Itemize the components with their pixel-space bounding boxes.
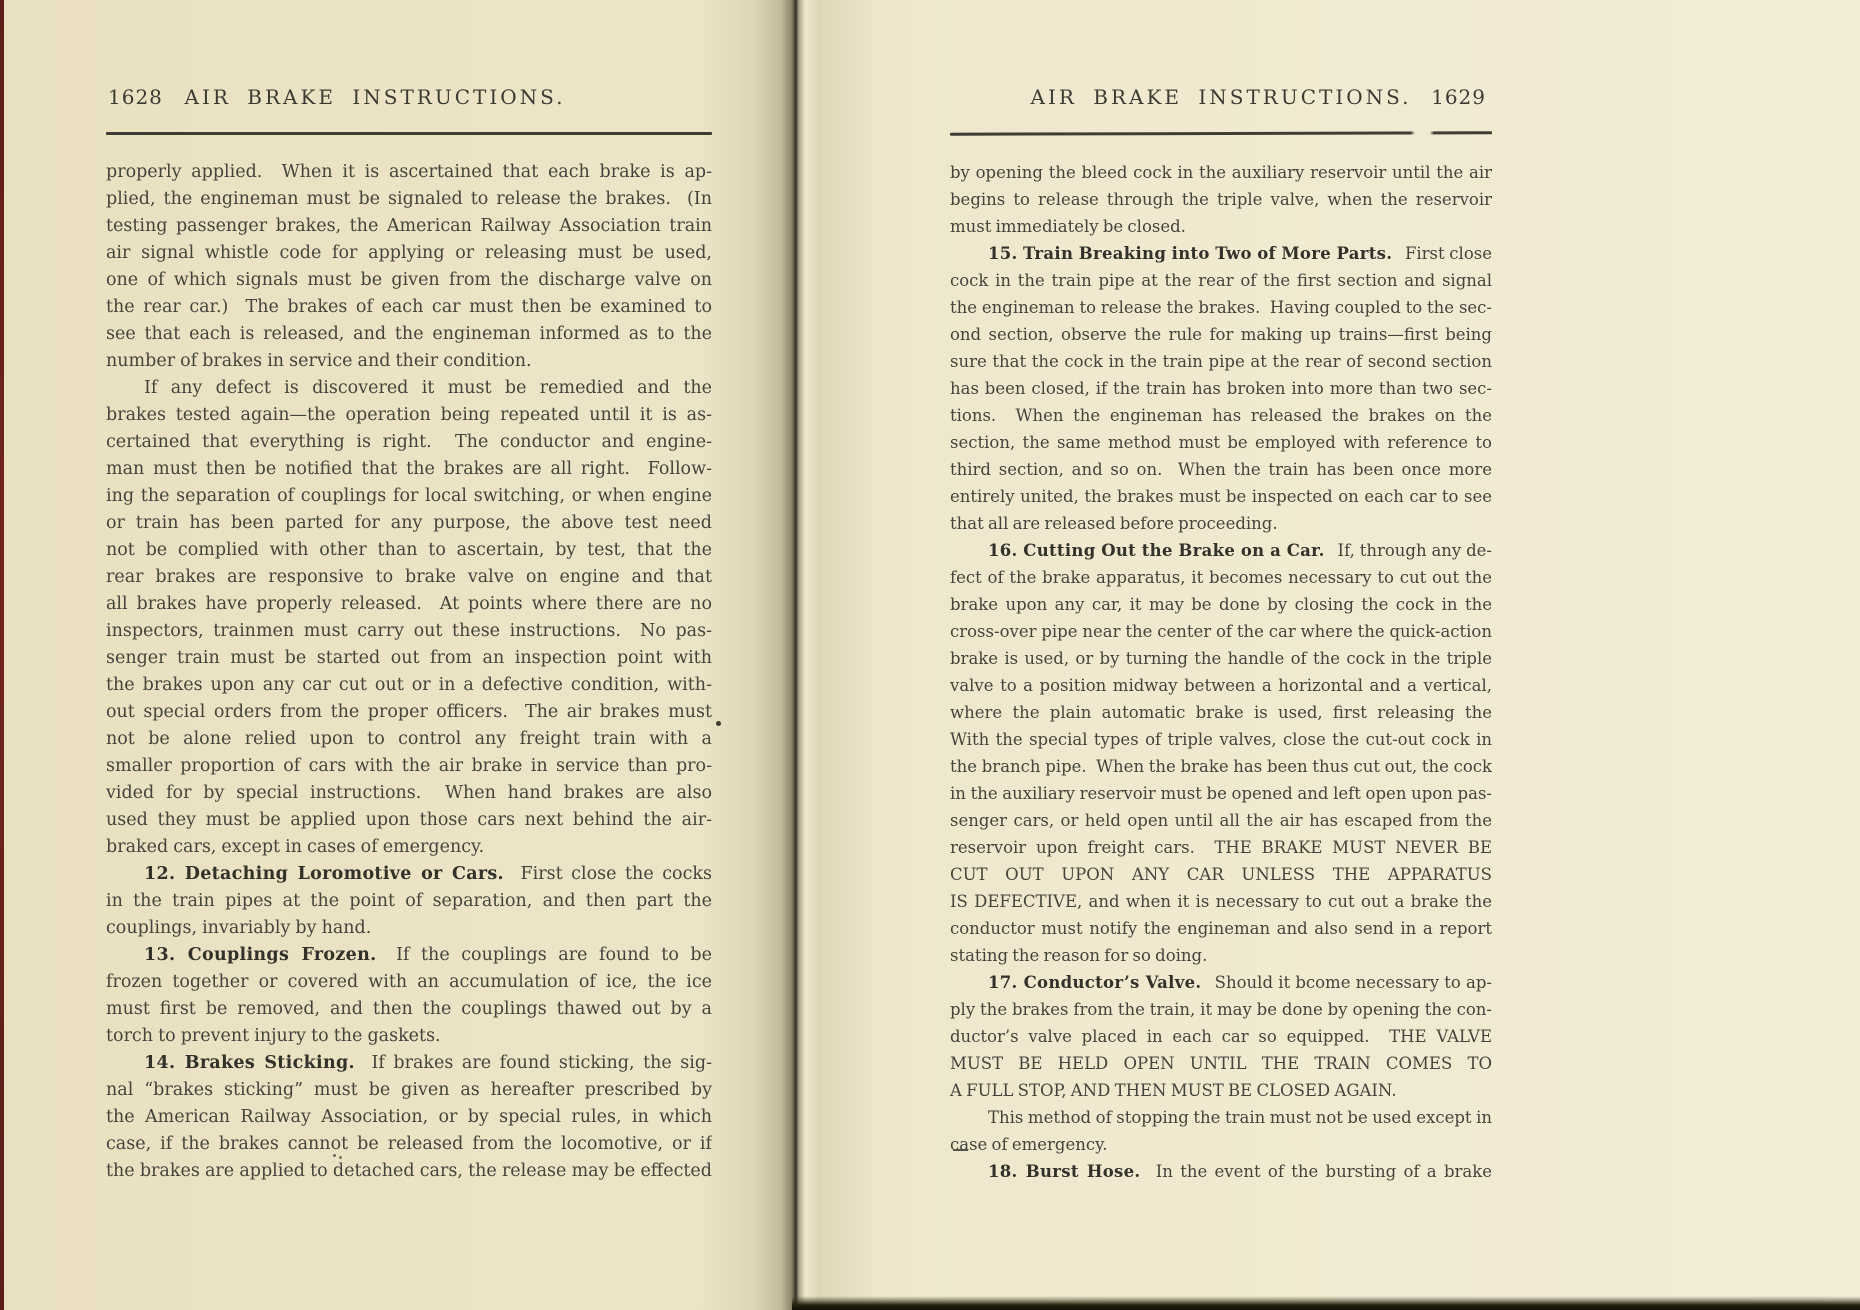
text-line: plied, the engineman must be signaled to…	[106, 186, 712, 213]
book-spread: 1628 AIR BRAKE INSTRUCTIONS. properly ap…	[0, 0, 1860, 1310]
text-line: testing passenger brakes, the American R…	[106, 213, 712, 240]
text-line: senger train must be started out from an…	[106, 645, 712, 672]
text-line: A FULL STOP, AND THEN MUST BE CLOSED AGA…	[950, 1077, 1492, 1104]
text-line: 17. Conductor’s Valve. Should it bcome n…	[950, 969, 1492, 996]
text-line: in the auxiliary reservoir must be opene…	[950, 780, 1492, 807]
text-line: ductor’s valve placed in each car so equ…	[950, 1023, 1492, 1050]
text-line: the rear car.) The brakes of each car mu…	[106, 294, 712, 321]
text-line: man must then be notified that the brake…	[106, 456, 712, 483]
running-head-left: AIR BRAKE INSTRUCTIONS.	[72, 84, 678, 110]
page-left: 1628 AIR BRAKE INSTRUCTIONS. properly ap…	[106, 84, 712, 1185]
rule-heading: 12. Detaching Loromotive or Cars.	[144, 864, 504, 884]
text-line: where the plain automatic brake is used,…	[950, 699, 1492, 726]
text-line: properly applied. When it is ascertained…	[106, 159, 712, 186]
text-line: IS DEFECTIVE, and when it is necessary t…	[950, 888, 1492, 915]
text-line: sure that the cock in the train pipe at …	[950, 348, 1492, 375]
text-line: 18. Burst Hose. In the event of the burs…	[950, 1158, 1492, 1185]
header-rule-left	[106, 132, 712, 135]
text-line: 15. Train Breaking into Two of More Part…	[950, 240, 1492, 267]
rule-heading: 13. Couplings Frozen.	[144, 945, 377, 965]
text-line: 12. Detaching Loromotive or Cars. First …	[106, 861, 712, 888]
text-line: number of brakes in service and their co…	[106, 348, 712, 375]
text-line: not be complied with other than to ascer…	[106, 537, 712, 564]
text-line: 16. Cutting Out the Brake on a Car. If, …	[950, 537, 1492, 564]
text-line: that all are released before proceeding.	[950, 510, 1492, 537]
scan-ink-spot	[716, 721, 721, 726]
text-line: the brakes upon any car cut out or in a …	[106, 672, 712, 699]
page-body-left: properly applied. When it is ascertained…	[106, 159, 712, 1185]
text-line: senger cars, or held open until all the …	[950, 807, 1492, 834]
text-line: nal “brakes sticking” must be given as h…	[106, 1077, 712, 1104]
text-line: brakes tested again—the operation being …	[106, 402, 712, 429]
text-line: braked cars, except in cases of emergenc…	[106, 834, 712, 861]
rule-heading: 16. Cutting Out the Brake on a Car.	[988, 541, 1325, 560]
text-line: by opening the bleed cock in the auxilia…	[950, 159, 1492, 186]
text-line: out special orders from the proper offic…	[106, 699, 712, 726]
text-line: If any defect is discovered it must be r…	[106, 375, 712, 402]
text-line: With the special types of triple valves,…	[950, 726, 1492, 753]
text-line: inspectors, trainmen must carry out thes…	[106, 618, 712, 645]
rule-heading: 14. Brakes Sticking.	[144, 1053, 355, 1073]
header-rule-right	[950, 131, 1492, 135]
text-line: in the train pipes at the point of separ…	[106, 888, 712, 915]
text-line: certained that everything is right. The …	[106, 429, 712, 456]
rule-heading: 17. Conductor’s Valve.	[988, 973, 1201, 992]
text-line: must immediately be closed.	[950, 213, 1492, 240]
book-bottom-edge	[792, 1296, 1860, 1310]
text-line: the engineman to release the brakes. Hav…	[950, 294, 1492, 321]
text-line: must first be removed, and then the coup…	[106, 996, 712, 1023]
text-line: cross-over pipe near the center of the c…	[950, 618, 1492, 645]
text-line: CUT OUT UPON ANY CAR UNLESS THE APPARATU…	[950, 861, 1492, 888]
text-line: fect of the brake apparatus, it becomes …	[950, 564, 1492, 591]
page-header-right: AIR BRAKE INSTRUCTIONS. 1629	[950, 84, 1492, 110]
text-line: ond section, observe the rule for making…	[950, 321, 1492, 348]
text-line: brake is used, or by turning the handle …	[950, 645, 1492, 672]
book-gutter-shadow	[700, 0, 880, 1310]
text-line: the brakes are applied to detached cars,…	[106, 1158, 712, 1185]
page-body-right: by opening the bleed cock in the auxilia…	[950, 159, 1492, 1185]
page-number-right: 1629	[1431, 84, 1486, 110]
text-line: tions. When the engineman has released t…	[950, 402, 1492, 429]
text-line: the American Railway Association, or by …	[106, 1104, 712, 1131]
text-line: begins to release through the triple val…	[950, 186, 1492, 213]
page-header-left: 1628 AIR BRAKE INSTRUCTIONS.	[106, 84, 712, 110]
text-line: couplings, invariably by hand.	[106, 915, 712, 942]
running-head-right: AIR BRAKE INSTRUCTIONS.	[950, 84, 1492, 110]
text-line: section, the same method must be employe…	[950, 429, 1492, 456]
text-line: rear brakes are responsive to brake valv…	[106, 564, 712, 591]
text-line: 14. Brakes Sticking. If brakes are found…	[106, 1050, 712, 1077]
text-line: cock in the train pipe at the rear of th…	[950, 267, 1492, 294]
rule-heading: 15. Train Breaking into Two of More Part…	[988, 244, 1392, 263]
text-line: all brakes have properly released. At po…	[106, 591, 712, 618]
text-line: has been closed, if the train has broken…	[950, 375, 1492, 402]
text-line: case, if the brakes cannot be released f…	[106, 1131, 712, 1158]
text-line: brake upon any car, it may be done by cl…	[950, 591, 1492, 618]
text-line: frozen together or covered with an accum…	[106, 969, 712, 996]
text-line: reservoir upon freight cars. THE BRAKE M…	[950, 834, 1492, 861]
text-line: case of emergency.	[950, 1131, 1492, 1158]
text-line: vided for by special instructions. When …	[106, 780, 712, 807]
text-line: or train has been parted for any purpose…	[106, 510, 712, 537]
text-line: conductor must notify the engineman and …	[950, 915, 1492, 942]
text-line: valve to a position midway between a hor…	[950, 672, 1492, 699]
text-line: ply the brakes from the train, it may be…	[950, 996, 1492, 1023]
text-line: see that each is released, and the engin…	[106, 321, 712, 348]
text-line: 13. Couplings Frozen. If the couplings a…	[106, 942, 712, 969]
text-line: third section, and so on. When the train…	[950, 456, 1492, 483]
text-line: air signal whistle code for applying or …	[106, 240, 712, 267]
text-line: smaller proportion of cars with the air …	[106, 753, 712, 780]
text-line: This method of stopping the train must n…	[950, 1104, 1492, 1131]
text-line: MUST BE HELD OPEN UNTIL THE TRAIN COMES …	[950, 1050, 1492, 1077]
text-line: ing the separation of couplings for loca…	[106, 483, 712, 510]
text-line: used they must be applied upon those car…	[106, 807, 712, 834]
page-right: AIR BRAKE INSTRUCTIONS. 1629 by opening …	[950, 84, 1492, 1185]
rule-heading: 18. Burst Hose.	[988, 1162, 1140, 1181]
text-line: the branch pipe. When the brake has been…	[950, 753, 1492, 780]
text-line: stating the reason for so doing.	[950, 942, 1492, 969]
book-cover-edge	[0, 0, 4, 1310]
text-line: torch to prevent injury to the gaskets.	[106, 1023, 712, 1050]
text-line: not be alone relied upon to control any …	[106, 726, 712, 753]
text-line: one of which signals must be given from …	[106, 267, 712, 294]
text-line: entirely united, the brakes must be insp…	[950, 483, 1492, 510]
